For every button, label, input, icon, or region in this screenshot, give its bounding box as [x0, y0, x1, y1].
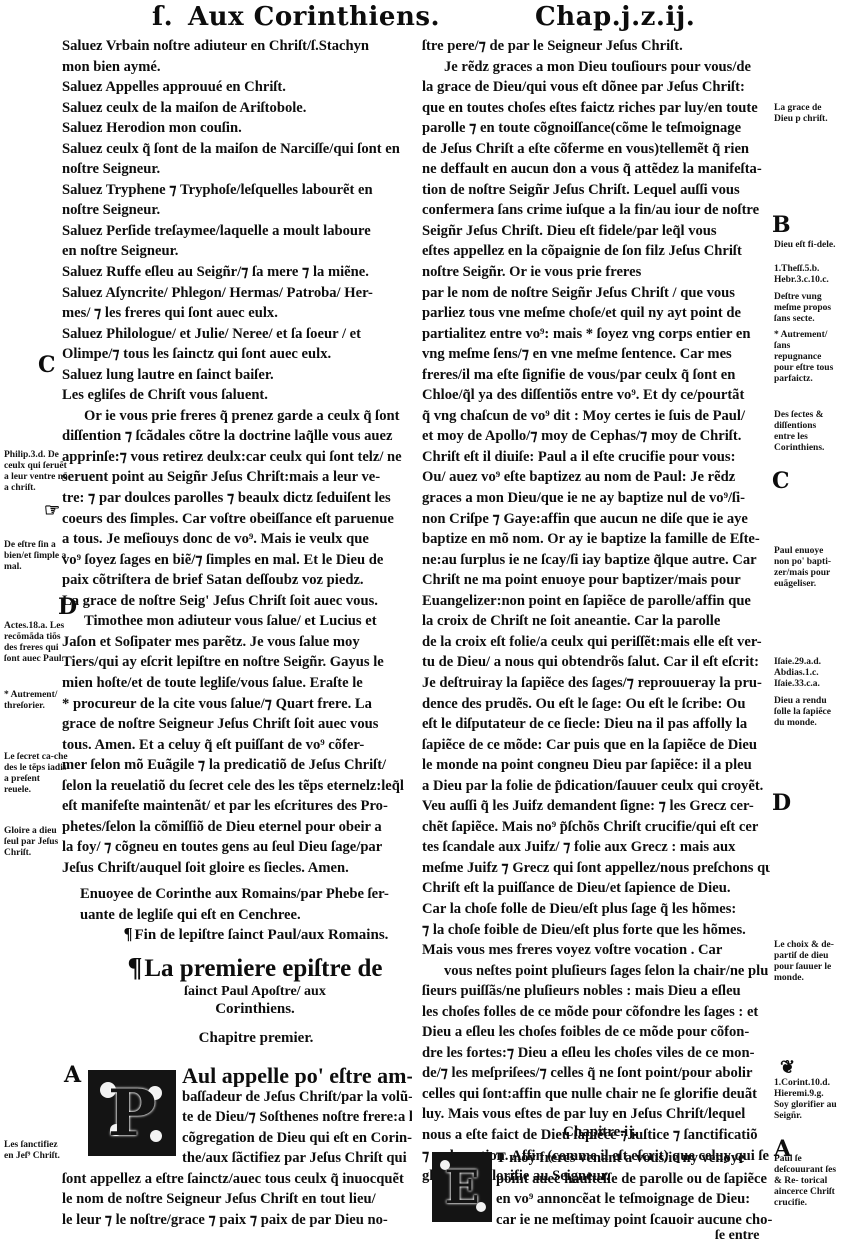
text-line: Olimpe/⁊ tous les ſainctz qui ſont auec …	[62, 344, 410, 365]
text-line: ſapiẽce de ce mõde: Car puis que en la ſ…	[422, 735, 770, 756]
text-line: Saluez Ruffe eſleu au Seigñr/⁊ ſa mere ⁊…	[62, 262, 410, 283]
text-line: La grace de noſtre Seig' Jeſus Chriſt ſo…	[62, 591, 410, 612]
margin-note-right: Dieu a rendu ſolle la ſapiẽce du monde.	[774, 696, 838, 729]
text-line: tes ſcandale aux Juifz/ ⁊ folie aux Grec…	[422, 837, 770, 858]
text-line: de/⁊ les meſpriſees/⁊ celles q̃ ne ſont …	[422, 1063, 770, 1084]
text-line: en noſtre Seigneur.	[62, 241, 410, 262]
text-line: de la croix eſt folie/a ceulx qui periſſ…	[422, 632, 770, 653]
section-marker-letter: C	[772, 468, 790, 494]
explicit-line: ¶Fin de lepiſtre ſainct Paul/aux Romains…	[96, 924, 416, 944]
pointing-hand-icon: ☞	[44, 500, 60, 521]
margin-note-left: Gloire a dieu ſeul par Jeſus Chriſt.	[4, 826, 68, 859]
text-line: le leur ⁊ le noſtre/grace ⁊ paix ⁊ paix …	[62, 1210, 412, 1231]
text-line: eſt manifeſte maintenãt/ et par les eſcr…	[62, 796, 410, 817]
running-head-folio: ſ.	[152, 2, 173, 32]
text-line: ſelon la reuelatiõ du ſecret cele des le…	[62, 776, 410, 797]
text-line: cõgregation de Dieu qui eſt en Corin-	[62, 1128, 412, 1149]
text-line: the/aux ſãctifiez par Jeſus Chriſt qui	[62, 1148, 412, 1169]
text-line: eſtes appellez en la cõpaignie de ſon fi…	[422, 241, 770, 262]
text-line: a Dieu par la folie de p̃dication/ſauuer…	[422, 776, 770, 797]
text-line: la grace de Dieu/qui vous eſt dõnee par …	[422, 77, 770, 98]
running-head-left-title: Aux Corinthiens.	[188, 2, 440, 32]
text-line: vous neſtes point pluſieurs ſages ſelon …	[422, 961, 770, 982]
margin-note-right: Iſaie.29.a.d. Abdias.1.c. Iſaie.33.c.a.	[774, 657, 838, 690]
catchword: ſe entre	[715, 1228, 759, 1244]
explicit-text: Fin de lepiſtre ſainct Paul/aux Romains.	[135, 927, 389, 943]
text-line: grace de noſtre Seigneur Jeſus Chriſt ſo…	[62, 714, 410, 735]
text-line: Saluez lung lautre en ſainct baiſer.	[62, 365, 410, 386]
text-line: mien hoſte/et de toute legliſe/vous ſalu…	[62, 673, 410, 694]
text-line: baſſadeur de Jeſus Chriſt/par la volũ-	[62, 1087, 412, 1108]
text-line: mon bien aymé.	[62, 57, 410, 78]
text-line: mer ſelon mõ Euãgile ⁊ la predicatiõ de …	[62, 755, 410, 776]
running-head-right-title: Chap.j.z.ij.	[535, 2, 695, 32]
text-line: T moy freres venant a vous/ie ny venoye	[496, 1148, 772, 1169]
text-line: Tiers/qui ay eſcrit lepiſtre en noſtre S…	[62, 652, 410, 673]
text-line: non Criſpe ⁊ Gaye:affin que aucun ne diſ…	[422, 509, 770, 530]
text-line: Saluez Appelles approuué en Chriſt.	[62, 77, 410, 98]
text-line: Saluez ceulx q̃ ſont de la maiſon de Nar…	[62, 139, 410, 160]
text-line: en vo⁹ annoncẽat le teſmoignage de Dieu:	[496, 1189, 772, 1210]
text-line: la foy/ ⁊ cõgneu en toutes gens au ſeul …	[62, 837, 410, 858]
text-line: Les egliſes de Chriſt vous ſaluent.	[62, 385, 410, 406]
text-line: * procureur de la cite vous ſalue/⁊ Quar…	[62, 694, 410, 715]
text-line: Chriſt eſt il diuiſe: Paul a il eſte cru…	[422, 447, 770, 468]
text-line: Saluez Philologue/ et Julie/ Neree/ et ſ…	[62, 324, 410, 345]
text-line: paix cõtriſtera de brief Satan deſſoubz …	[62, 570, 410, 591]
text-line: te de Dieu/⁊ Soſthenes noſtre frere:a la	[62, 1107, 412, 1128]
scanned-book-page: ſ. Aux Corinthiens. Chap.j.z.ij. Saluez …	[0, 0, 841, 1255]
text-line: ⁊ la choſe foible de Dieu/eſt plus forte…	[422, 920, 770, 941]
margin-note-right: Deſtre vung meſme propos ſans secte.	[774, 292, 838, 325]
text-line: meſme Juifz ⁊ Grecz qui ſont appellez/no…	[422, 858, 770, 879]
text-line: Je rẽdz graces a mon Dieu touſiours pour…	[422, 57, 770, 78]
text-line: dence des prudẽs. Ou eſt le ſage: Ou eſt…	[422, 694, 770, 715]
text-line: Chloe/q̃l ya des diſſentiõs entre vo⁹. E…	[422, 385, 770, 406]
text-line: chẽt ſapiẽce. Mais no⁹ p̃ſchõs Chriſt cr…	[422, 817, 770, 838]
text-line: parolle ⁊ en toute cõgnoiſſance(cõme le …	[422, 118, 770, 139]
text-line: vng meſme ſens/⁊ en vne meſme ſentence. …	[422, 344, 770, 365]
text-line: Ou/ auez vo⁹ eſte baptizez au nom de Pau…	[422, 467, 770, 488]
margin-note-left: Actes.18.a. Les recõmãda tiõs des freres…	[4, 621, 68, 665]
text-line: tous. Amen. Et a celuy q̃ eſt puiſſant d…	[62, 735, 410, 756]
pilcrow-icon: ¶	[128, 951, 143, 982]
book-title-line3: Corinthiens.	[90, 1000, 420, 1018]
text-line: Je deſtruiray la ſapiẽce des ſages/⁊ rep…	[422, 673, 770, 694]
text-line: Or ie vous prie freres q̃ prenez garde a…	[62, 406, 410, 427]
right-text-column: ſtre pere/⁊ de par le Seigneur Jeſus Chr…	[422, 36, 770, 1187]
left-text-column: Saluez Vrbain noſtre adiuteur en Chriſt/…	[62, 36, 410, 878]
text-line: coeurs des ſimples. Car voſtre obeiſſanc…	[62, 509, 410, 530]
text-line: Saluez ceulx de la maiſon de Ariſtobole.	[62, 98, 410, 119]
text-line: freres/il ma eſte ſignifie de vous/par c…	[422, 365, 770, 386]
margin-note-right: * Autrement/ſans repugnance pour eſtre t…	[774, 330, 838, 385]
text-line: celles qui ſont:affin que nulle chair ne…	[422, 1084, 770, 1105]
text-line: Jeſus Chriſt/auquel ſoit gloire es ſiecl…	[62, 858, 410, 879]
text-line: Saluez Herodion mon couſin.	[62, 118, 410, 139]
text-line: a tous. Je meſiouys donc de vo⁹. Mais ie…	[62, 529, 410, 550]
text-line: par le nom de noſtre Seigñr Jeſus Chriſt…	[422, 283, 770, 304]
text-line: eſt le diſputateur de ce ſiecle: Dieu na…	[422, 714, 770, 735]
margin-note-right: Des ſectes & diſſentions entre les Corin…	[774, 410, 838, 454]
text-line: Timothee mon adiuteur vous ſalue/ et Luc…	[62, 611, 410, 632]
text-line: ne:au ſurplus ie ne ſcay/ſi iay baptize …	[422, 550, 770, 571]
margin-note-right: Paul enuoye non po' bapti-zer/mais pour …	[774, 546, 838, 590]
text-line: de Jeſus Chriſt a eſte cõferme en vous)t…	[422, 139, 770, 160]
text-line: tu de Dieu/ a nous qui obtendrõs ſalut. …	[422, 652, 770, 673]
text-line: ſieurs puiſſãs/ne pluſieurs nobles : mai…	[422, 981, 770, 1002]
book-title-line2: ſainct Paul Apoſtre/ aux	[90, 984, 420, 1000]
text-line: Car la choſe folle de Dieu/eſt plus ſage…	[422, 899, 770, 920]
text-line: Aul appelle po' eſtre am-	[62, 1066, 412, 1087]
text-line: Veu auſſi q̃ les Juifz demandent ſigne: …	[422, 796, 770, 817]
text-line: partialitez entre vo⁹: mais * ſoyez vng …	[422, 324, 770, 345]
margin-note-right: Dieu eſt fi-dele.	[774, 240, 838, 251]
colophon-line: Enuoyee de Corinthe aux Romains/par Pheb…	[80, 884, 410, 905]
book-title: ¶La premiere epiſtre de ſainct Paul Apoſ…	[90, 952, 420, 1018]
text-line: Chriſt ne ma point enuoye pour baptizer/…	[422, 570, 770, 591]
text-line: tre: ⁊ par doulces parolles ⁊ beaulx dic…	[62, 488, 410, 509]
chapter-heading-2: Chapitre.ij.	[430, 1124, 770, 1141]
text-line: Saluez Perſide treſaymee/laquelle a moul…	[62, 221, 410, 242]
margin-note-right: Le choix & de- partiſ de dieu pour ſauue…	[774, 940, 838, 984]
section-marker-letter: D	[58, 594, 77, 620]
margin-note-left: Les ſanctifiez en Jeſ⁹ Chriſt.	[4, 1140, 68, 1162]
margin-note-left: * Autrement/ threſorier.	[4, 690, 68, 712]
book-title-line1: ¶La premiere epiſtre de	[90, 952, 420, 984]
text-line: ſont appellez a eſtre ſainctz/auec tous …	[62, 1169, 412, 1190]
text-line: les choſes folles de ce mõde pour cõfond…	[422, 1002, 770, 1023]
colophon-block: Enuoyee de Corinthe aux Romains/par Pheb…	[80, 884, 410, 926]
text-line: q̃ vng chaſcun de vo⁹ dit : Moy certes i…	[422, 406, 770, 427]
text-line: confermera ſans crime iuſque a la fin/au…	[422, 200, 770, 221]
text-line: Saluez Vrbain noſtre adiuteur en Chriſt/…	[62, 36, 410, 57]
text-line: Chriſt eſt la puiſſance de Dieu/et ſapie…	[422, 878, 770, 899]
text-line: Jaſon et Soſipater mes parẽtz. Je vous ſ…	[62, 632, 410, 653]
section-marker-letter: D	[772, 790, 791, 816]
text-line: Mais vous mes freres voyez voſtre vocati…	[422, 940, 770, 961]
text-line: graces a mon Dieu/que ie ne ay baptize n…	[422, 488, 770, 509]
section-marker-letter: A	[774, 1136, 791, 1162]
decorated-initial-e: E	[432, 1152, 492, 1222]
margin-note-left: De eſtre ſin a bien/et ſimple a mal.	[4, 540, 68, 573]
section-marker-letter: B	[772, 212, 791, 238]
text-line: parliez tous vne meſme choſe/et quil ny …	[422, 303, 770, 324]
section-marker-letter: C	[38, 352, 56, 378]
text-line: noſtre Seigñr. Or ie vous prie freres	[422, 262, 770, 283]
text-line: seruent point au Seigñr Jeſus Chriſt:mai…	[62, 467, 410, 488]
text-line: luy. Mais vous eſtes de par luy en Jeſus…	[422, 1104, 770, 1125]
text-line: vo⁹ ſoyez ſages en biẽ/⁊ ſimples en mal.…	[62, 550, 410, 571]
margin-note-left: Le ſecret ca-che des le tẽps iadis a pre…	[4, 752, 68, 796]
chapter1-opening-text: Aul appelle po' eſtre am-baſſadeur de Je…	[62, 1066, 412, 1230]
text-line: apprinſe:⁊ vous retirez deulx:car ceulx …	[62, 447, 410, 468]
text-line: Saluez Tryphene ⁊ Tryphoſe/leſquelles la…	[62, 180, 410, 201]
colophon-line: uante de legliſe qui eſt en Cenchree.	[80, 905, 410, 926]
text-line: tion de noſtre Seigñr Jeſus Chriſt. Lequ…	[422, 180, 770, 201]
text-line: ſtre pere/⁊ de par le Seigneur Jeſus Chr…	[422, 36, 770, 57]
text-line: et moy de Apollo/⁊ moy de Cephas/⁊ moy d…	[422, 426, 770, 447]
text-line: la croix de Chriſt ne ſoit aneantie. Car…	[422, 611, 770, 632]
text-line: noſtre Seigneur.	[62, 200, 410, 221]
text-line: point auec haulteſſe de parolle ou de ſa…	[496, 1169, 772, 1190]
chapter-heading-1: Chapitre premier.	[96, 1030, 416, 1047]
text-line: Seigñr Jeſus Chriſt. Dieu eſt fidele/par…	[422, 221, 770, 242]
margin-note-right: 1.Corint.10.d. Hieremi.9.g. Soy glorifie…	[774, 1078, 838, 1122]
margin-note-right: La grace de Dieu p chriſt.	[774, 103, 838, 125]
text-line: Saluez Aſyncrite/ Phlegon/ Hermas/ Patro…	[62, 283, 410, 304]
text-line: le nom de noſtre Seigneur Jeſus Chriſt e…	[62, 1189, 412, 1210]
section-marker-letter: A	[64, 1062, 81, 1088]
text-line: ne deffault en aucun don a vous q̃ attẽd…	[422, 159, 770, 180]
text-line: baptize en mõ nom. Or ay ie baptize la f…	[422, 529, 770, 550]
text-line: le monde na point congneu Dieu par ſapiẽ…	[422, 755, 770, 776]
chapter2-opening-text: T moy freres venant a vous/ie ny venoyep…	[496, 1148, 772, 1230]
fleuron-icon: ❦	[780, 1057, 795, 1078]
text-line: diſſention ⁊ ſcãdales cõtre la doctrine …	[62, 426, 410, 447]
pilcrow-icon: ¶	[124, 924, 133, 943]
margin-note-right: 1.Theſſ.5.b. Hebr.3.c.10.c.	[774, 264, 838, 286]
initial-letter: E	[434, 1154, 490, 1220]
text-line: Dieu a eſleu les choſes foibles de ce mõ…	[422, 1022, 770, 1043]
margin-note-right: Paul ſe deſcouurant ſes & Re- torical ai…	[774, 1154, 838, 1209]
text-line: dre les fortes:⁊ Dieu a eſleu les choſes…	[422, 1043, 770, 1064]
text-line: noſtre Seigneur.	[62, 159, 410, 180]
margin-note-left: Philip.3.d. De ceulx qui ſeruẽt a leur v…	[4, 450, 68, 494]
text-line: mes/ ⁊ les freres qui ſont auec eulx.	[62, 303, 410, 324]
text-line: que en toutes choſes eſtes faictz riches…	[422, 98, 770, 119]
text-line: Euangelizer:non point en ſapiẽce de paro…	[422, 591, 770, 612]
text-line: phetes/ſelon la cõmiſſiõ de Dieu eternel…	[62, 817, 410, 838]
